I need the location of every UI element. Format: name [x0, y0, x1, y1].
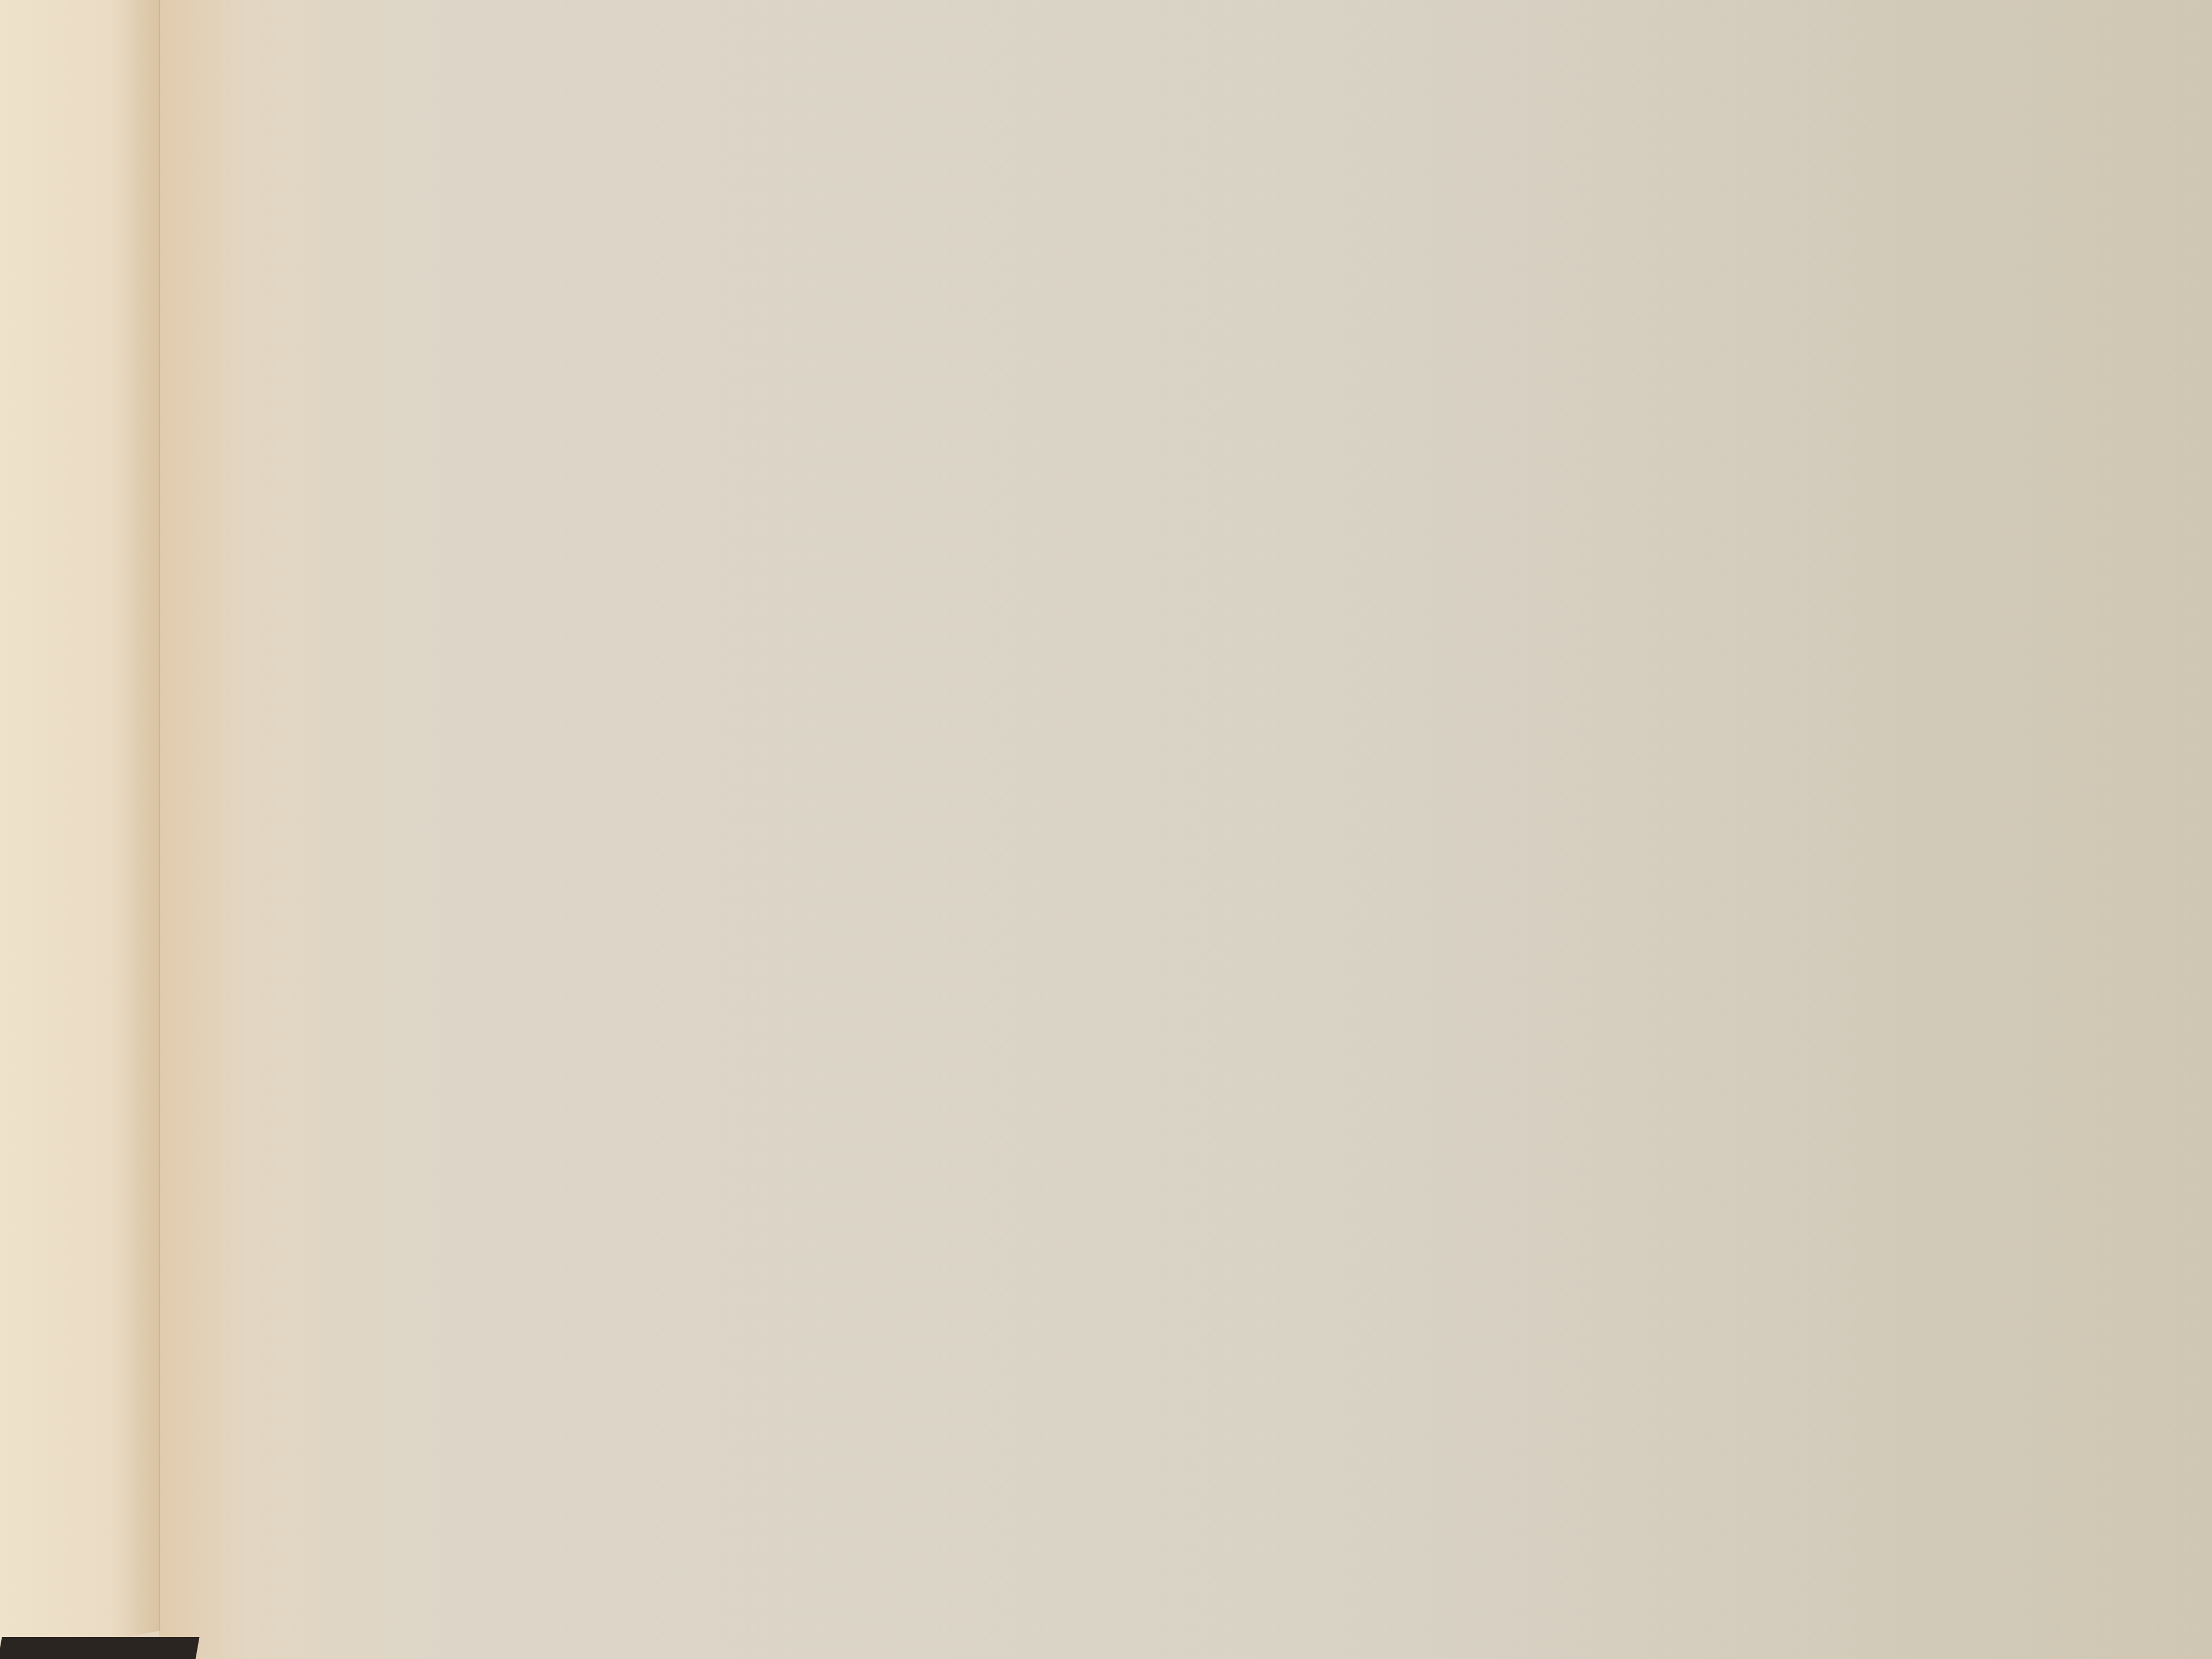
book-fold-edge — [0, 0, 160, 1659]
page-shadow — [159, 0, 247, 1659]
directory-page: The Landon Abstract Co. Get Your Abstrac… — [2123, 132, 2212, 1624]
book-cover-edge — [0, 1637, 200, 1659]
